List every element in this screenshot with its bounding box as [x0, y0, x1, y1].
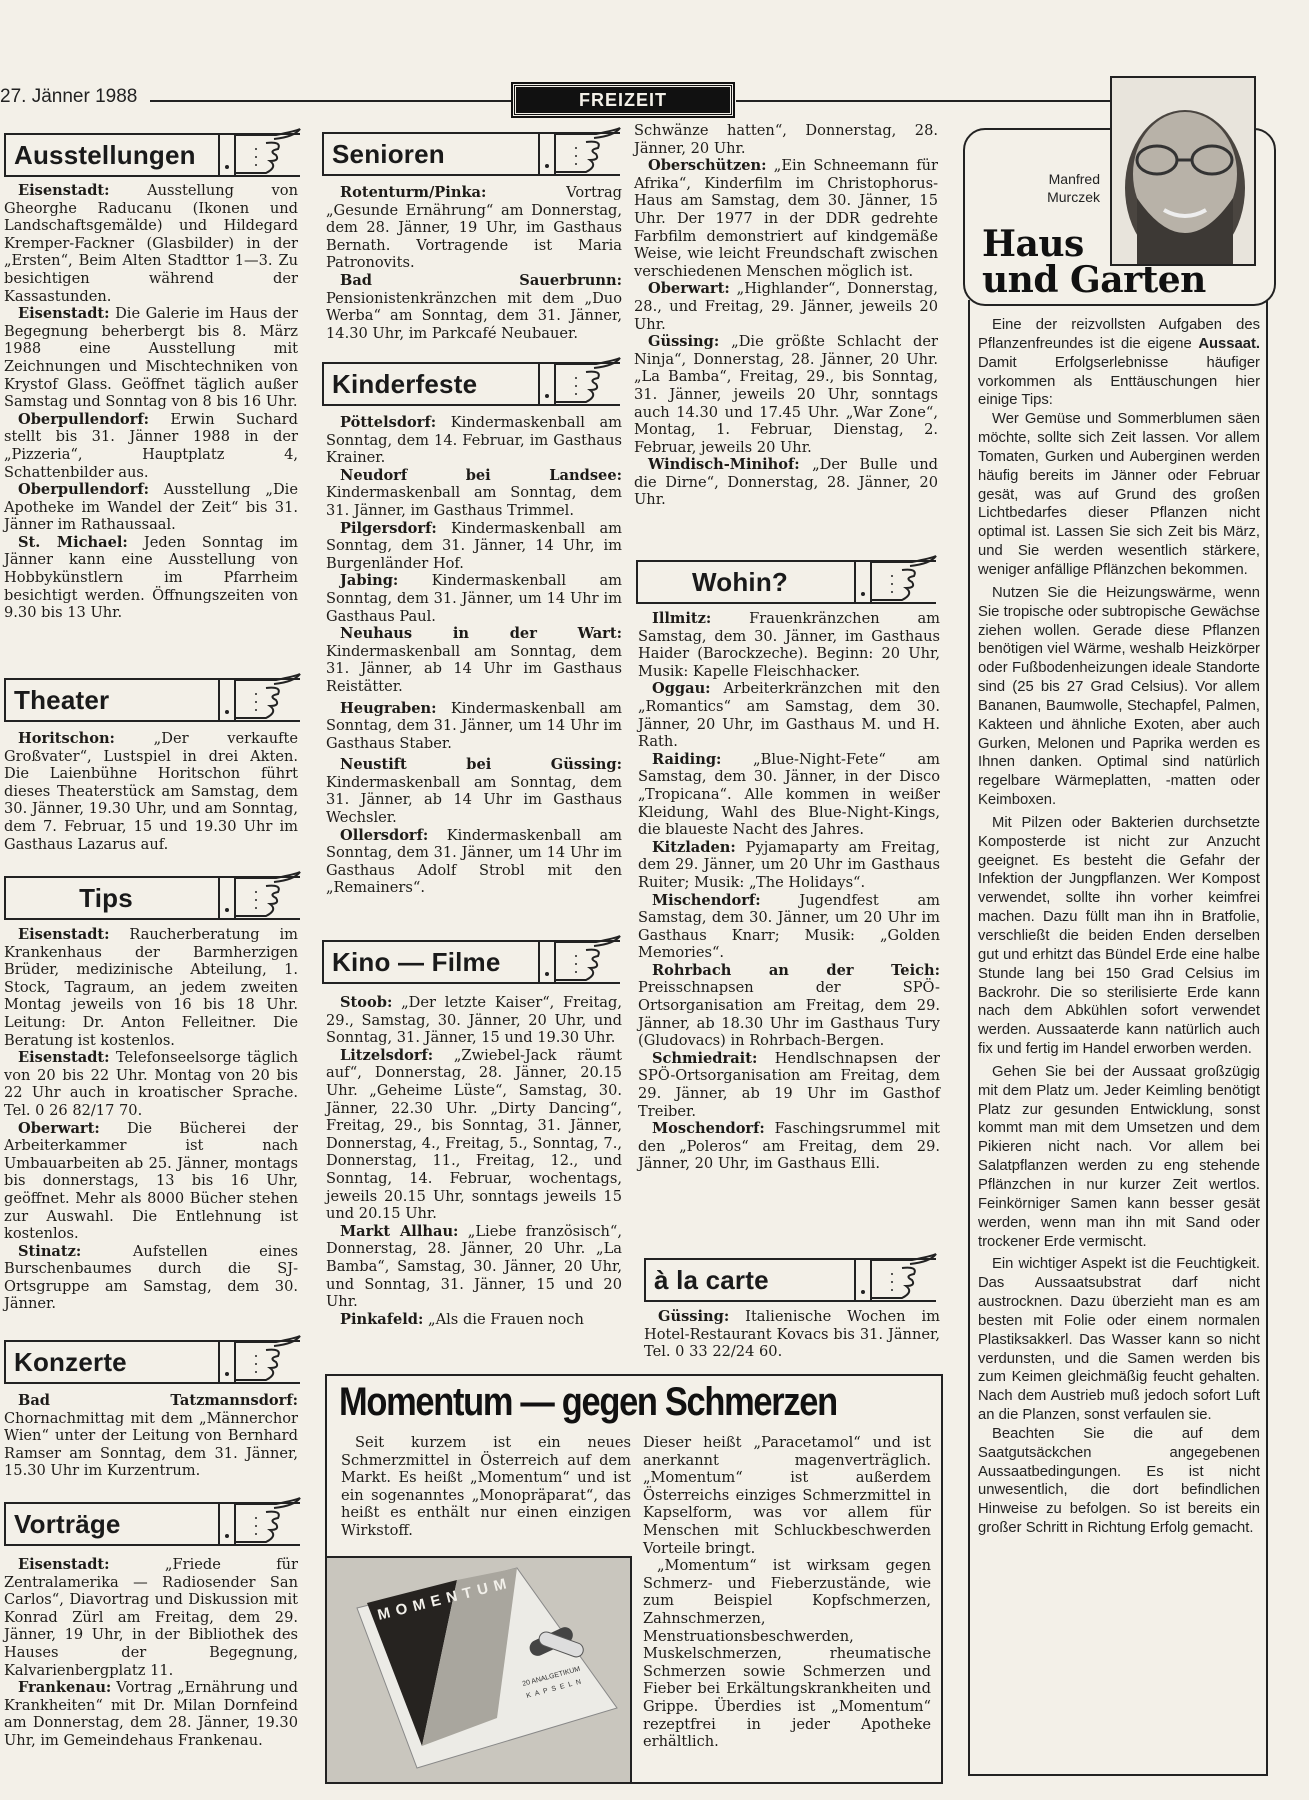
pointing-hand-icon: [556, 132, 620, 176]
article-paragraph: Eine der reizvollsten Aufgaben des Pflan…: [978, 316, 1260, 410]
author-first-name: Manfred: [1000, 170, 1100, 188]
section-body-ausstellungen: Eisenstadt: Ausstellung von Gheorghe Rad…: [4, 182, 298, 622]
continuation-text: Schwänze hatten“, Donnerstag, 28. Jänner…: [634, 122, 938, 157]
event-entry: Stoob: „Der letzte Kaiser“, Freitag, 29.…: [326, 994, 622, 1047]
event-entry: Ollersdorf: Kindermaskenball am Sonntag,…: [326, 827, 622, 897]
event-entry: Moschendorf: Faschingsrummel mit den „Po…: [638, 1120, 940, 1173]
bullet-box: [218, 1502, 236, 1546]
bullet-box: [218, 1340, 236, 1384]
event-entry: Schmiedrait: Hendlschnapsen der SPÖ-Orts…: [638, 1050, 940, 1120]
pointing-hand-icon: [236, 876, 300, 920]
event-entry: Mischendorf: Jugendfest am Samstag, dem …: [638, 892, 940, 962]
header-rule-right: [736, 100, 1111, 102]
bullet-box: [538, 132, 556, 176]
event-entry: Windisch-Minihof: „Der Bulle und die Dir…: [634, 456, 938, 509]
ad-paragraph: Seit kurzem ist ein neues Schmerzmittel …: [341, 1434, 631, 1540]
event-entry: Illmitz: Frauenkränzchen am Samstag, dem…: [638, 610, 940, 680]
section-body-senioren: Rotenturm/Pinka: Vortrag „Gesunde Ernähr…: [326, 184, 622, 342]
momentum-advertisement: Momentum — gegen Schmerzen Seit kurzem i…: [325, 1374, 943, 1784]
section-header-kino-filme: Kino — Filme: [322, 940, 620, 984]
event-entry: Raiding: „Blue-Night-Fete“ am Samstag, d…: [638, 751, 940, 839]
bullet-box: [218, 876, 236, 920]
section-title: à la carte: [654, 1265, 769, 1296]
bullet-box: [854, 1258, 872, 1302]
event-entry: Oberschützen: „Ein Schneemann für Afrika…: [634, 157, 938, 280]
ad-headline: Momentum — gegen Schmerzen: [339, 1380, 837, 1425]
event-entry: Oberpullendorf: Ausstellung „Die Apothek…: [4, 481, 298, 534]
section-header-konzerte: Konzerte: [4, 1340, 300, 1384]
bullet-box: [218, 678, 236, 722]
medicine-box-image: MOMENTUM 20 ANALGETIKUM KAPSELN: [327, 1558, 632, 1782]
article-paragraph: Wer Gemüse und Sommerblumen säen möchte,…: [978, 410, 1260, 580]
section-header-vortraege: Vorträge: [4, 1502, 300, 1546]
pointing-hand-icon: [236, 678, 300, 722]
product-photo: MOMENTUM 20 ANALGETIKUM KAPSELN: [327, 1556, 632, 1782]
event-entry: Eisenstadt: Die Galerie im Haus der Bege…: [4, 305, 298, 411]
event-entry: Jabing: Kindermaskenball am Sonntag, dem…: [326, 572, 622, 625]
event-entry: Güssing: „Die größte Schlacht der Ninja“…: [634, 333, 938, 456]
kino-continuation: Schwänze hatten“, Donnerstag, 28. Jänner…: [634, 122, 938, 509]
ad-paragraph: Dieser heißt „Paracetamol“ und ist anerk…: [643, 1434, 931, 1557]
event-entry: Markt Allhau: „Liebe französisch“, Donne…: [326, 1223, 622, 1311]
event-entry: Oberwart: „Highlander“, Donnerstag, 28.,…: [634, 280, 938, 333]
pointing-hand-icon: [236, 1340, 300, 1384]
pointing-hand-icon: [872, 560, 936, 604]
bullet-box: [854, 560, 872, 604]
article-paragraph: Nutzen Sie die Heizungswärme, wenn Sie t…: [978, 584, 1260, 810]
pointing-hand-icon: [556, 940, 620, 984]
section-body-kinderfeste: Pöttelsdorf: Kindermaskenball am Sonntag…: [326, 414, 622, 897]
section-header-theater: Theater: [4, 678, 300, 722]
section-header-ausstellungen: Ausstellungen: [4, 133, 300, 177]
ad-text-left: Seit kurzem ist ein neues Schmerzmittel …: [341, 1434, 631, 1540]
issue-date: 27. Jänner 1988: [0, 86, 143, 108]
pointing-hand-icon: [556, 362, 620, 406]
event-entry: Oberwart: Die Bücherei der Arbeiterkamme…: [4, 1120, 298, 1243]
event-entry: Frankenau: Vortrag „Ernährung und Krankh…: [4, 1679, 298, 1749]
author-last-name: Murczek: [1000, 188, 1100, 206]
event-entry: Rotenturm/Pinka: Vortrag „Gesunde Ernähr…: [326, 184, 622, 272]
section-header-wohin: Wohin?: [636, 560, 936, 604]
event-entry: Neuhaus in der Wart: Kindermaskenball am…: [326, 625, 622, 695]
section-title: Konzerte: [14, 1347, 127, 1378]
article-paragraph: Gehen Sie bei der Aussaat großzügig mit …: [978, 1063, 1260, 1251]
article-paragraph: Ein wichtiger Aspekt ist die Feuchtigkei…: [978, 1255, 1260, 1425]
event-entry: Bad Sauerbrunn: Pensionistenkränzchen mi…: [326, 272, 622, 342]
section-title: Kino — Filme: [332, 947, 501, 978]
section-title: Tips: [14, 883, 218, 914]
event-entry: Horitschon: „Der verkaufte Großvater“, L…: [4, 730, 298, 853]
header-rule-left: [150, 100, 512, 102]
pointing-hand-icon: [236, 133, 300, 177]
bullet-box: [538, 362, 556, 406]
event-entry: Bad Tatzmannsdorf: Chornachmittag mit de…: [4, 1392, 298, 1480]
event-entry: Eisenstadt: Raucherberatung im Krankenha…: [4, 926, 298, 1049]
section-title: Vorträge: [14, 1509, 121, 1540]
event-entry: Oberpullendorf: Erwin Suchard stellt bis…: [4, 411, 298, 481]
section-title: Ausstellungen: [14, 140, 196, 171]
section-title: Wohin?: [646, 567, 854, 598]
column-title: Haus und Garten: [982, 226, 1206, 298]
pointing-hand-icon: [236, 1502, 300, 1546]
event-entry: Pilgersdorf: Kindermaskenball am Sonntag…: [326, 520, 622, 573]
section-body-vortraege: Eisenstadt: „Friede für Zentralamerika —…: [4, 1556, 298, 1750]
event-entry: Eisenstadt: Ausstellung von Gheorghe Rad…: [4, 182, 298, 305]
article-paragraph: Beachten Sie die auf dem Saatgutsäckchen…: [978, 1425, 1260, 1538]
section-body-tips: Eisenstadt: Raucherberatung im Krankenha…: [4, 926, 298, 1313]
event-entry: Stinatz: Aufstellen eines Burschenbaumes…: [4, 1243, 298, 1313]
section-header-a-la-carte: à la carte: [644, 1258, 936, 1302]
section-body-konzerte: Bad Tatzmannsdorf: Chornachmittag mit de…: [4, 1392, 298, 1480]
event-entry: St. Michael: Jeden Sonntag im Jänner kan…: [4, 534, 298, 622]
bullet-box: [538, 940, 556, 984]
event-entry: Litzelsdorf: „Zwiebel-Jack räumt auf“, D…: [326, 1047, 622, 1223]
pointing-hand-icon: [872, 1258, 936, 1302]
event-entry: Eisenstadt: Telefonseelsorge täglich von…: [4, 1049, 298, 1119]
event-entry: Oggau: Arbeiterkränzchen mit den „Romant…: [638, 680, 940, 750]
section-title: Senioren: [332, 139, 445, 170]
ad-text-right: Dieser heißt „Paracetamol“ und ist anerk…: [643, 1434, 931, 1751]
section-label-freizeit: FREIZEIT: [513, 84, 733, 116]
section-header-senioren: Senioren: [322, 132, 620, 176]
column-article-body: Eine der reizvollsten Aufgaben des Pflan…: [978, 316, 1260, 1538]
event-entry: Neudorf bei Landsee: Kindermaskenball am…: [326, 467, 622, 520]
event-entry: Eisenstadt: „Friede für Zentralamerika —…: [4, 1556, 298, 1679]
section-header-tips: Tips: [4, 876, 300, 920]
author-byline: Manfred Murczek: [1000, 170, 1100, 206]
event-entry: Rohrbach an der Teich: Preisschnapsen de…: [638, 962, 940, 1050]
event-entry: Kitzladen: Pyjamaparty am Freitag, dem 2…: [638, 839, 940, 892]
section-body-wohin: Illmitz: Frauenkränzchen am Samstag, dem…: [638, 610, 940, 1173]
event-entry: Neustift bei Güssing: Kindermaskenball a…: [326, 756, 622, 826]
ad-paragraph: „Momentum“ ist wirksam gegen Schmerz- un…: [643, 1557, 931, 1751]
section-body-a-la-carte: Güssing: Italienische Wochen im Hotel-Re…: [644, 1308, 940, 1361]
section-body-kino-filme: Stoob: „Der letzte Kaiser“, Freitag, 29.…: [326, 994, 622, 1328]
event-entry: Heugraben: Kindermaskenball am Sonntag, …: [326, 700, 622, 753]
article-paragraph: Mit Pilzen oder Bakterien durchsetzte Ko…: [978, 814, 1260, 1059]
bullet-box: [218, 133, 236, 177]
event-entry: Pinkafeld: „Als die Frauen noch: [326, 1311, 622, 1329]
section-header-kinderfeste: Kinderfeste: [322, 362, 620, 406]
section-body-theater: Horitschon: „Der verkaufte Großvater“, L…: [4, 730, 298, 853]
section-title: Theater: [14, 685, 109, 716]
event-entry: Güssing: Italienische Wochen im Hotel-Re…: [644, 1308, 940, 1361]
event-entry: Pöttelsdorf: Kindermaskenball am Sonntag…: [326, 414, 622, 467]
section-title: Kinderfeste: [332, 369, 477, 400]
